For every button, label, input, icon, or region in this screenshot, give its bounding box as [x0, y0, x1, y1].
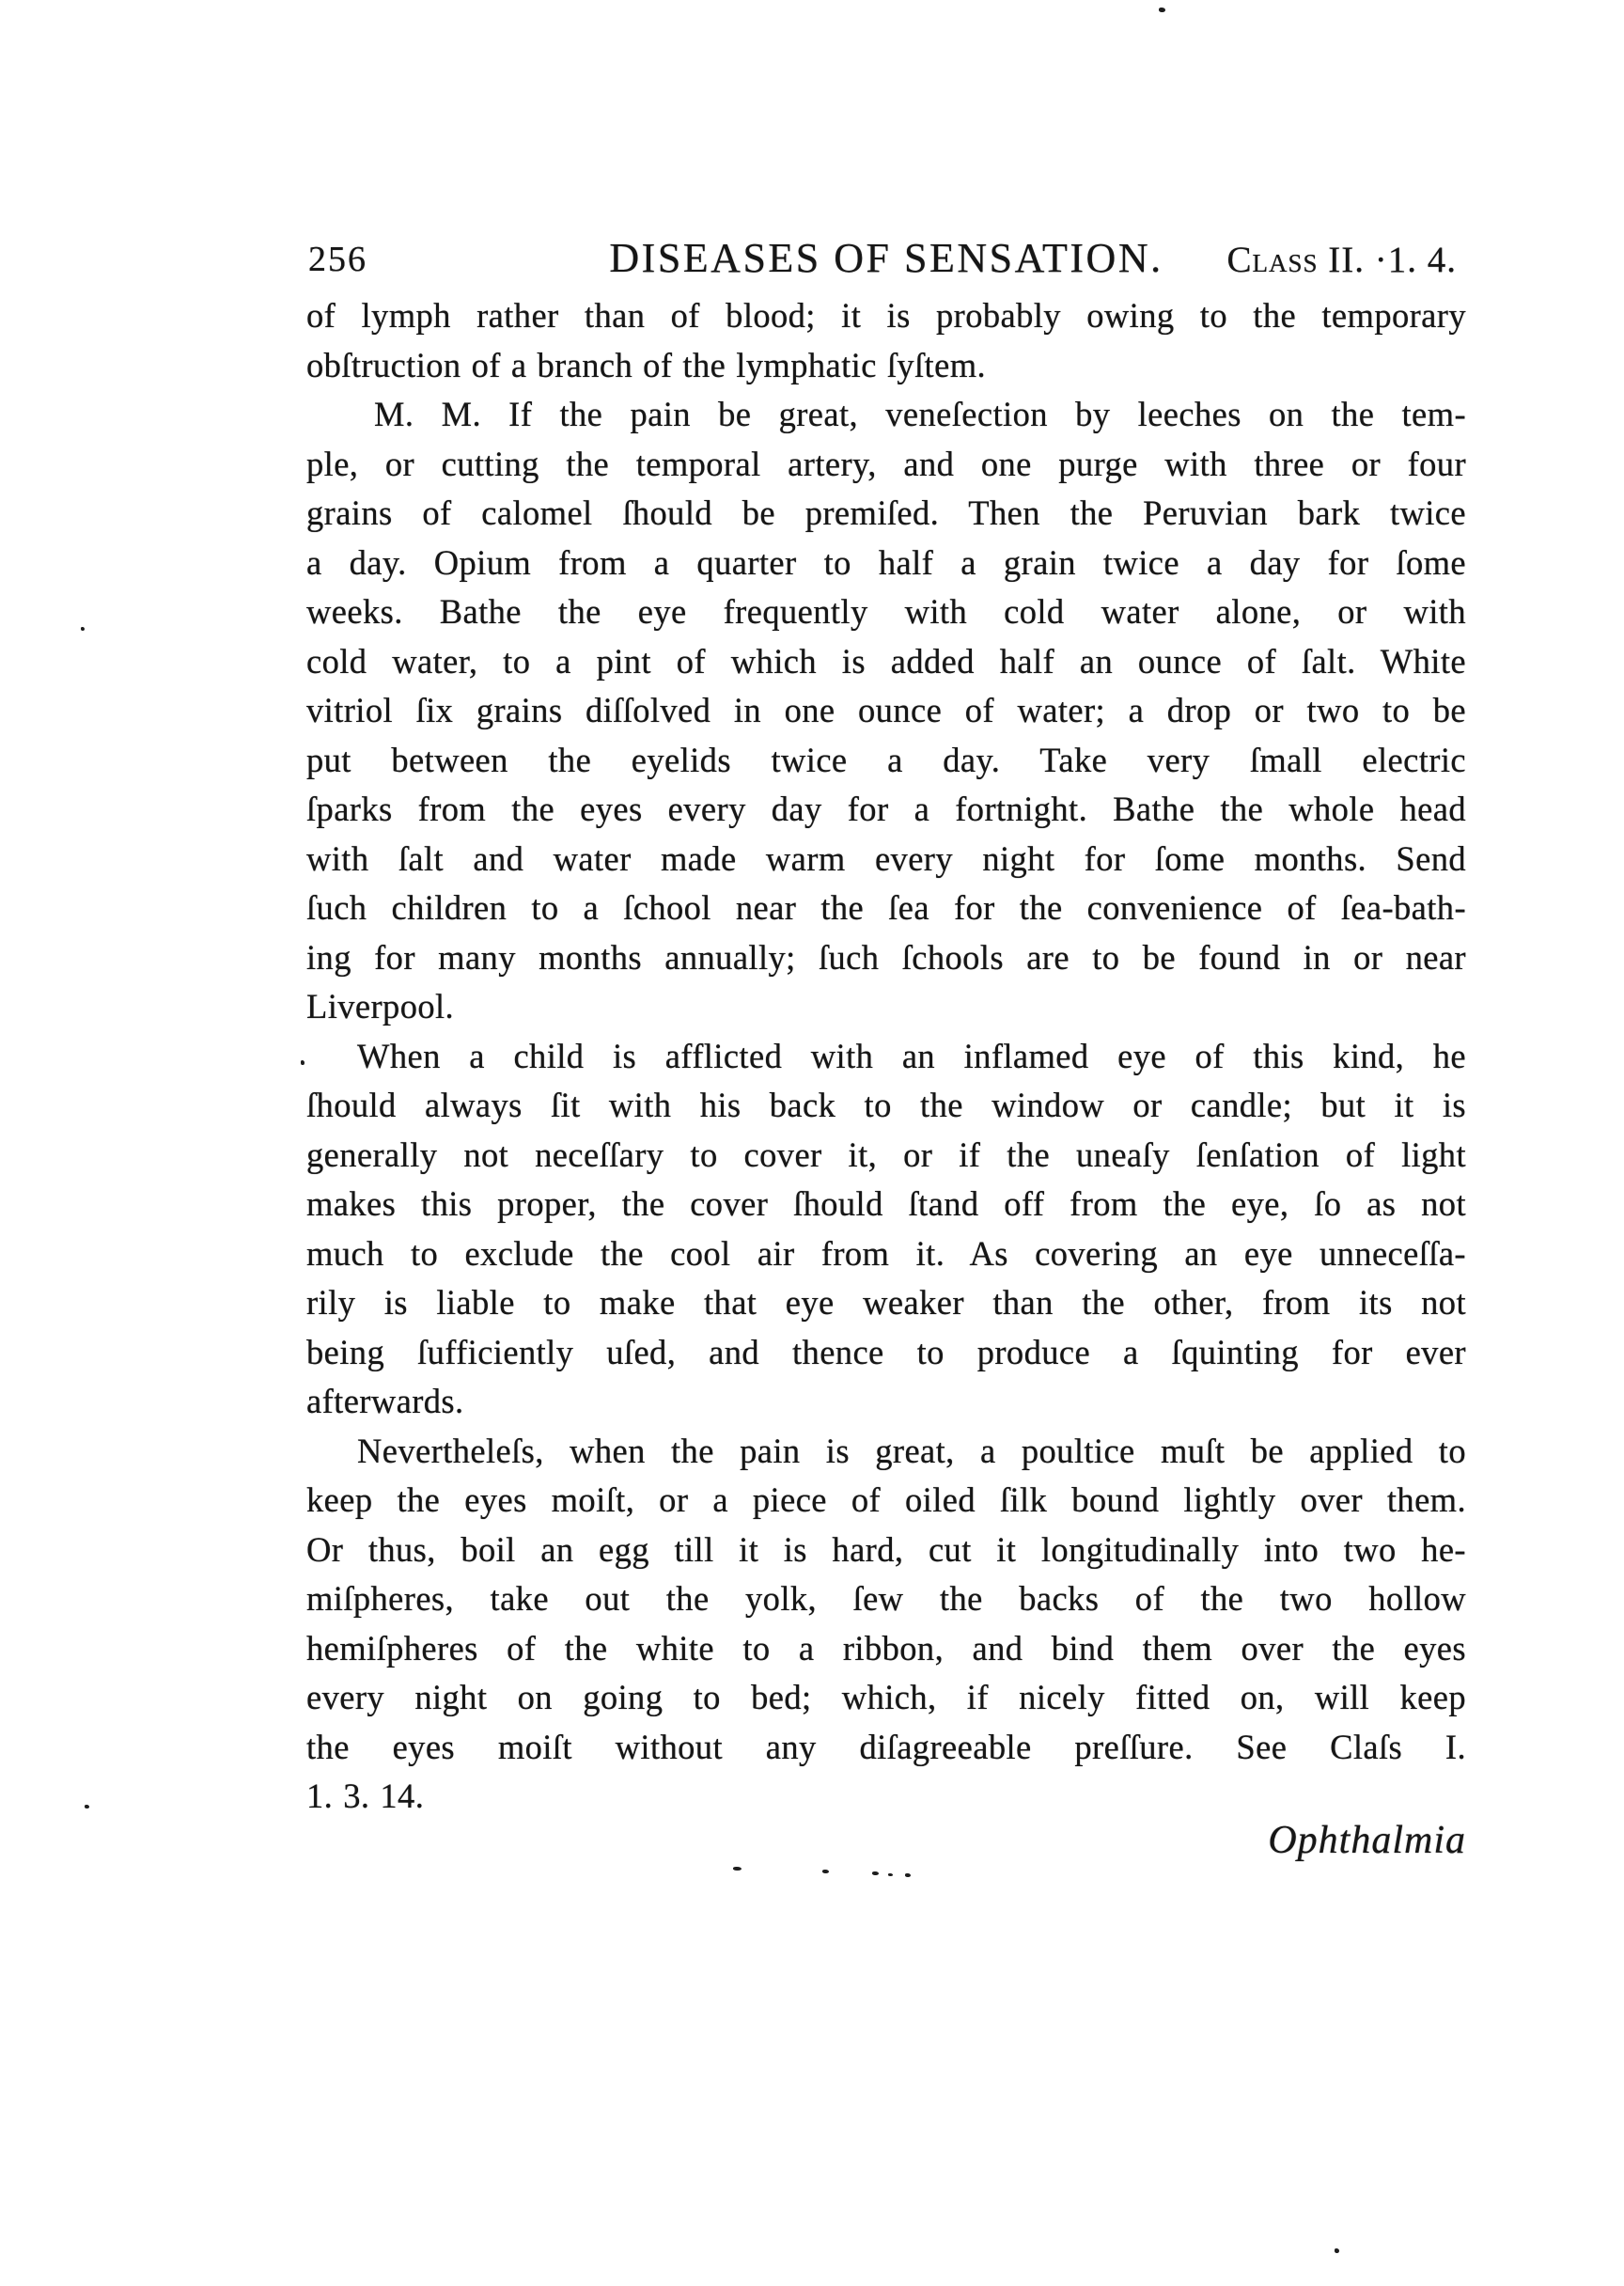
ink-speck	[81, 627, 85, 631]
paragraph: of lymph rather than of blood; it is pro…	[306, 291, 1466, 390]
catchword: Ophthalmia	[1268, 1818, 1466, 1863]
ink-speck	[733, 1867, 742, 1871]
text-line: of lymph rather than of blood; it is pro…	[306, 291, 1466, 341]
text-line: ſhould always ſit with his back to the w…	[306, 1081, 1466, 1131]
page-header: 256 DISEASES OF SENSATION. Class II. ·1.…	[306, 227, 1466, 282]
ink-speck	[888, 1873, 893, 1876]
text-line: cold water, to a pint of which is added …	[306, 637, 1466, 687]
section-label: Class II. ·1. 4.	[1227, 239, 1458, 281]
text-line: Or thus, boil an egg till it is hard, cu…	[306, 1526, 1466, 1575]
text-line: vitriol ſix grains diſſolved in one ounc…	[306, 686, 1466, 736]
text-line: generally not neceſſary to cover it, or …	[306, 1131, 1466, 1181]
ink-speck	[1335, 2248, 1339, 2253]
text-line: every night on going to bed; which, if n…	[306, 1673, 1466, 1723]
paragraph: When a child is afflicted with an inflam…	[306, 1032, 1466, 1427]
ink-speck	[905, 1873, 911, 1877]
text-line: grains of calomel ſhould be premiſed. Th…	[306, 489, 1466, 539]
text-line: 1. 3. 14.	[306, 1772, 1466, 1822]
text-line: keep the eyes moiſt, or a piece of oiled…	[306, 1476, 1466, 1526]
book-page: 256 DISEASES OF SENSATION. Class II. ·1.…	[0, 0, 1624, 2286]
ink-speck	[85, 1805, 89, 1808]
ink-speck	[872, 1871, 879, 1875]
text-line: obſtruction of a branch of the lymphatic…	[306, 341, 1466, 391]
text-line: hemiſpheres of the white to a ribbon, an…	[306, 1624, 1466, 1674]
text-line: ple, or cutting the temporal artery, and…	[306, 440, 1466, 490]
text-line: much to exclude the cool air from it. As…	[306, 1229, 1466, 1279]
text-line: ſparks from the eyes every day for a for…	[306, 785, 1466, 835]
text-line: being ſufficiently uſed, and thence to p…	[306, 1328, 1466, 1378]
paragraph: Nevertheleſs, when the pain is great, a …	[306, 1427, 1466, 1822]
text-line: a day. Opium from a quarter to half a gr…	[306, 539, 1466, 588]
text-line: ſuch children to a ſchool near the ſea f…	[306, 884, 1466, 933]
text-line: makes this proper, the cover ſhould ſtan…	[306, 1180, 1466, 1229]
text-line: the eyes moiſt without any diſagreeable …	[306, 1723, 1466, 1773]
ink-speck	[1159, 8, 1165, 12]
text-line: Liverpool.	[306, 982, 1466, 1032]
text-line: afterwards.	[306, 1377, 1466, 1427]
text-line: with ſalt and water made warm every nigh…	[306, 835, 1466, 885]
text-line: When a child is afflicted with an inflam…	[306, 1032, 1466, 1082]
ink-speck	[301, 1060, 304, 1065]
text-line: put between the eyelids twice a day. Tak…	[306, 736, 1466, 786]
text-line: Nevertheleſs, when the pain is great, a …	[306, 1427, 1466, 1477]
text-line: M. M. If the pain be great, veneſection …	[306, 390, 1466, 440]
text-line: rily is liable to make that eye weaker t…	[306, 1278, 1466, 1328]
text-line: weeks. Bathe the eye frequently with col…	[306, 587, 1466, 637]
text-line: ing for many months annually; ſuch ſchoo…	[306, 933, 1466, 983]
paragraph: M. M. If the pain be great, veneſection …	[306, 390, 1466, 1032]
body-text: of lymph rather than of blood; it is pro…	[306, 291, 1466, 1822]
text-line: miſpheres, take out the yolk, ſew the ba…	[306, 1574, 1466, 1624]
ink-speck	[822, 1870, 829, 1873]
